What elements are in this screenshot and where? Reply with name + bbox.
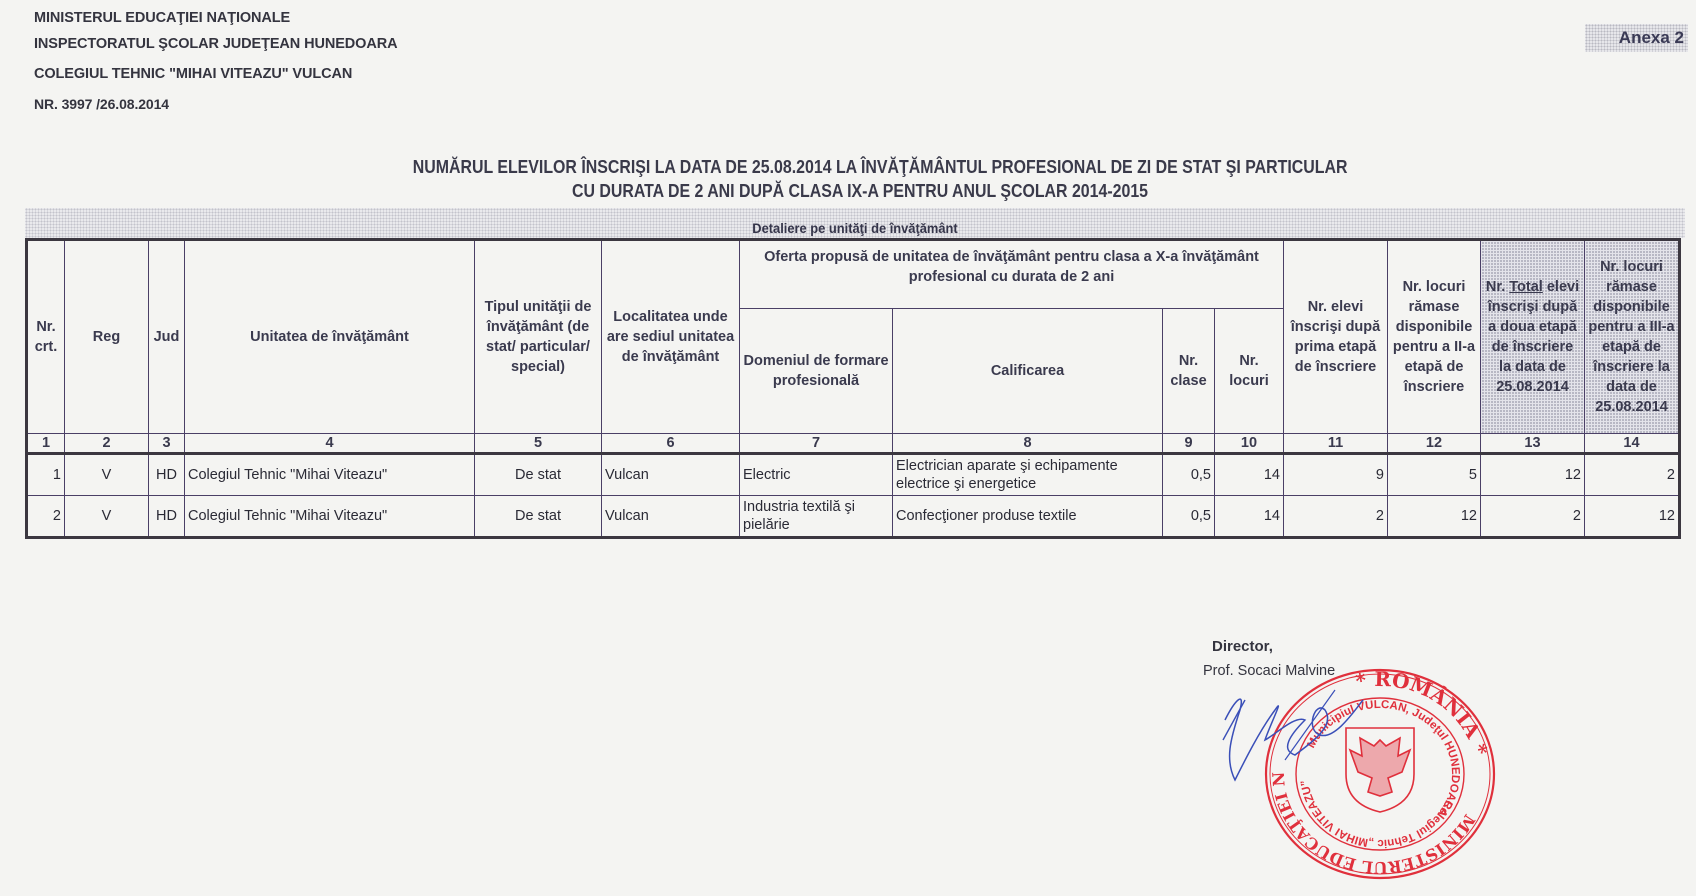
header-elevi-prima-etapa: Nr. elevi înscrişi după prima etapă de î… bbox=[1284, 240, 1388, 434]
column-number: 1 bbox=[27, 434, 65, 454]
column-number: 12 bbox=[1388, 434, 1481, 454]
column-number: 10 bbox=[1215, 434, 1284, 454]
header-jud: Jud bbox=[149, 240, 185, 434]
cell-nr-clase: 0,5 bbox=[1163, 454, 1215, 496]
ministry-name: MINISTERUL EDUCAŢIEI NAŢIONALE bbox=[34, 10, 290, 26]
cell-nr: 1 bbox=[27, 454, 65, 496]
cell-total-elevi-etapa-2: 12 bbox=[1481, 454, 1585, 496]
registration-number: NR. 3997 /26.08.2014 bbox=[34, 96, 169, 112]
header-locuri-ramase-etapa-2: Nr. locuri rămase disponibile pentru a I… bbox=[1388, 240, 1481, 434]
cell-calificarea: Confecţioner produse textile bbox=[893, 496, 1163, 538]
document-title-line-2: CU DURATA DE 2 ANI DUPĂ CLASA IX-A PENTR… bbox=[413, 180, 1307, 202]
document-title-line-1: NUMĂRUL ELEVILOR ÎNSCRIŞI LA DATA DE 25.… bbox=[413, 156, 1307, 178]
table-row: 2 V HD Colegiul Tehnic "Mihai Viteazu" D… bbox=[27, 496, 1680, 538]
column-number: 2 bbox=[65, 434, 149, 454]
header-calificarea: Calificarea bbox=[893, 309, 1163, 434]
cell-nr-locuri: 14 bbox=[1215, 454, 1284, 496]
cell-localitatea: Vulcan bbox=[602, 454, 740, 496]
column-number: 4 bbox=[185, 434, 475, 454]
cell-total-elevi-etapa-2: 2 bbox=[1481, 496, 1585, 538]
header-nr-crt: Nr. crt. bbox=[27, 240, 65, 434]
enrollment-table: Nr. crt. Reg Jud Unitatea de învăţământ … bbox=[25, 238, 1681, 539]
cell-nr-locuri: 14 bbox=[1215, 496, 1284, 538]
header-unitatea: Unitatea de învăţământ bbox=[185, 240, 475, 434]
handwritten-signature-icon bbox=[1215, 680, 1365, 790]
column-number: 3 bbox=[149, 434, 185, 454]
header-total-suffix: elevi înscrişi după a doua etapă de însc… bbox=[1488, 279, 1579, 395]
cell-reg: V bbox=[65, 454, 149, 496]
cell-localitatea: Vulcan bbox=[602, 496, 740, 538]
cell-unitatea: Colegiul Tehnic "Mihai Viteazu" bbox=[185, 454, 475, 496]
cell-domeniul: Industria textilă şi pielărie bbox=[740, 496, 893, 538]
column-number: 5 bbox=[475, 434, 602, 454]
header-nr-locuri: Nr. locuri bbox=[1215, 309, 1284, 434]
cell-jud: HD bbox=[149, 454, 185, 496]
annex-label: Anexa 2 bbox=[1585, 24, 1688, 52]
header-reg: Reg bbox=[65, 240, 149, 434]
header-locuri-ramase-etapa-3: Nr. locuri rămase disponibile pentru a I… bbox=[1585, 240, 1680, 434]
cell-calificarea: Electrician aparate şi echipamente elect… bbox=[893, 454, 1163, 496]
cell-elevi-prima-etapa: 9 bbox=[1284, 454, 1388, 496]
column-number: 9 bbox=[1163, 434, 1215, 454]
column-number: 6 bbox=[602, 434, 740, 454]
cell-unitatea: Colegiul Tehnic "Mihai Viteazu" bbox=[185, 496, 475, 538]
cell-nr: 2 bbox=[27, 496, 65, 538]
table-caption: Detaliere pe unităţi de învăţământ bbox=[91, 218, 1618, 238]
column-number: 11 bbox=[1284, 434, 1388, 454]
cell-reg: V bbox=[65, 496, 149, 538]
cell-domeniul: Electric bbox=[740, 454, 893, 496]
column-number: 8 bbox=[893, 434, 1163, 454]
column-number: 7 bbox=[740, 434, 893, 454]
header-domeniul: Domeniul de formare profesională bbox=[740, 309, 893, 434]
header-total-elevi-etapa-2: Nr. Total elevi înscrişi după a doua eta… bbox=[1481, 240, 1585, 434]
cell-locuri-ramase-etapa-2: 12 bbox=[1388, 496, 1481, 538]
cell-locuri-ramase-etapa-3: 12 bbox=[1585, 496, 1680, 538]
column-number: 13 bbox=[1481, 434, 1585, 454]
cell-nr-clase: 0,5 bbox=[1163, 496, 1215, 538]
cell-locuri-ramase-etapa-3: 2 bbox=[1585, 454, 1680, 496]
column-number: 14 bbox=[1585, 434, 1680, 454]
cell-jud: HD bbox=[149, 496, 185, 538]
cell-tipul: De stat bbox=[475, 454, 602, 496]
column-number-row: 1 2 3 4 5 6 7 8 9 10 11 12 13 14 bbox=[27, 434, 1680, 454]
school-name: COLEGIUL TEHNIC "MIHAI VITEAZU" VULCAN bbox=[34, 66, 352, 82]
header-tipul: Tipul unităţii de învăţământ (de stat/ p… bbox=[475, 240, 602, 434]
table-caption-band: Detaliere pe unităţi de învăţământ bbox=[25, 208, 1685, 238]
table-row: 1 V HD Colegiul Tehnic "Mihai Viteazu" D… bbox=[27, 454, 1680, 496]
header-total-prefix: Nr. bbox=[1486, 279, 1509, 295]
header-oferta-group: Oferta propusă de unitatea de învăţământ… bbox=[740, 240, 1284, 309]
signatory-role: Director, bbox=[1212, 638, 1273, 655]
header-localitatea: Localitatea unde are sediul unitatea de … bbox=[602, 240, 740, 434]
header-total-underlined: Total bbox=[1509, 279, 1543, 295]
cell-locuri-ramase-etapa-2: 5 bbox=[1388, 454, 1481, 496]
cell-tipul: De stat bbox=[475, 496, 602, 538]
inspectorate-name: INSPECTORATUL ŞCOLAR JUDEŢEAN HUNEDOARA bbox=[34, 36, 397, 52]
header-nr-clase: Nr. clase bbox=[1163, 309, 1215, 434]
cell-elevi-prima-etapa: 2 bbox=[1284, 496, 1388, 538]
